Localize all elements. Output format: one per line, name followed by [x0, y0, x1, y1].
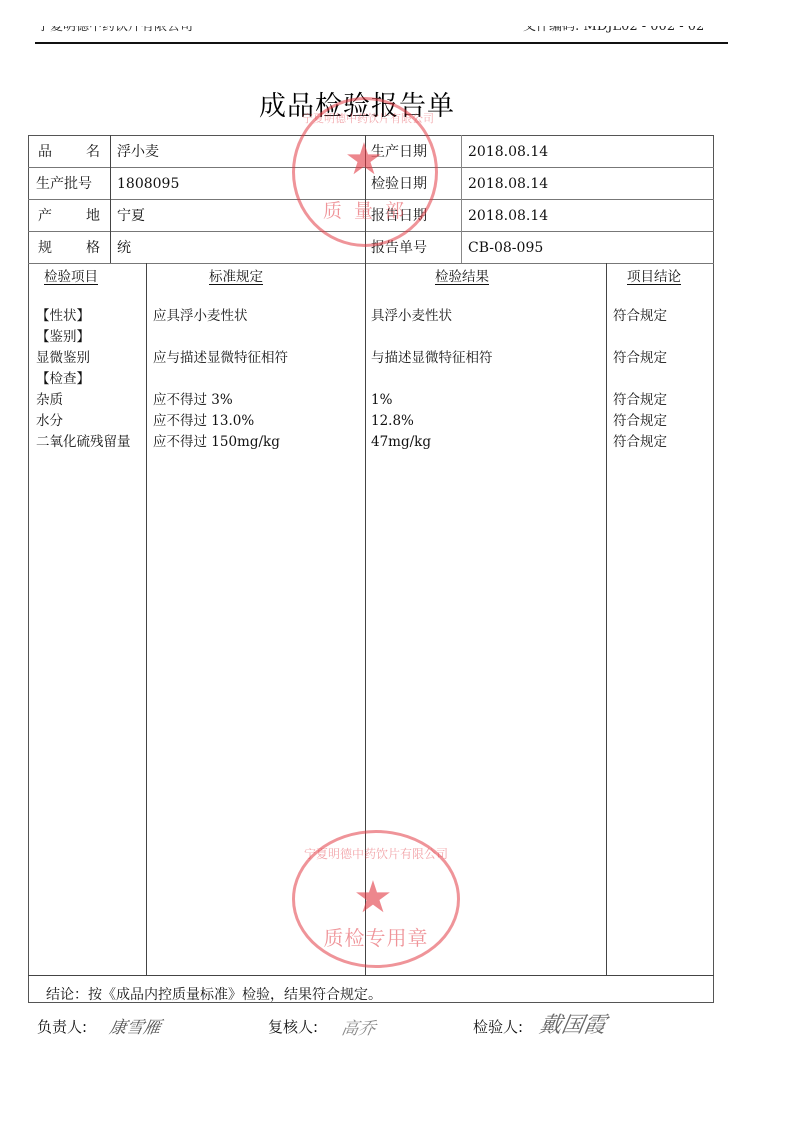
- label-char: 地: [86, 200, 100, 232]
- value-inspection-date: 2018.08.14: [468, 168, 548, 200]
- doc-code-header: 文件编码: MDJL02 - 002 - 02: [523, 26, 704, 40]
- cell-conclusion: 符合规定: [613, 306, 667, 326]
- label-char: 规: [38, 232, 52, 264]
- inspector-signature: 戴国霞: [537, 1008, 608, 1039]
- label-char: 格: [86, 232, 100, 264]
- value-specification: 统: [117, 232, 131, 264]
- cell-item: 【鉴别】: [36, 327, 90, 347]
- inspector-label: 检验人:: [473, 1016, 523, 1037]
- doc-code: 文件编码: MDJL02 - 002 - 02: [523, 26, 704, 34]
- cell-item: 杂质: [36, 390, 63, 410]
- cell-item: 显微鉴别: [36, 348, 90, 368]
- value-product-name: 浮小麦: [117, 136, 159, 168]
- label-specification: 规 格: [38, 232, 100, 264]
- cell-standard: 应不得过 3%: [153, 390, 233, 410]
- star-icon: ★: [348, 876, 398, 920]
- cell-item: 二氧化硫残留量: [36, 432, 131, 452]
- col-header-result: 检验结果: [435, 265, 489, 285]
- stamp-ring-text: 宁夏明德中药饮片有限公司: [302, 110, 428, 126]
- value-origin: 宁夏: [117, 200, 145, 232]
- label-char: 产: [38, 200, 52, 232]
- stamp-ring-text: 宁夏明德中药饮片有限公司: [300, 845, 452, 862]
- cell-item: 水分: [36, 411, 63, 431]
- label-char: 品: [38, 136, 52, 168]
- divider: [461, 135, 462, 263]
- responsible-label: 负责人:: [37, 1016, 87, 1037]
- value-report-number: CB-08-095: [468, 232, 543, 264]
- cell-result: 12.8%: [371, 411, 414, 431]
- cell-result: 1%: [371, 390, 392, 410]
- cell-item: 【检查】: [36, 369, 90, 389]
- cell-result: 具浮小麦性状: [371, 306, 452, 326]
- responsible-signature: 康雪雁: [108, 1013, 163, 1038]
- cell-item: 【性状】: [36, 306, 90, 326]
- cell-conclusion: 符合规定: [613, 390, 667, 410]
- header-rule: [35, 42, 728, 44]
- cell-conclusion: 符合规定: [613, 348, 667, 368]
- label-origin: 产 地: [38, 200, 100, 232]
- value-production-date: 2018.08.14: [468, 136, 548, 168]
- col-header-conclusion: 项目结论: [627, 265, 681, 285]
- company-header: 宁夏明德中药饮片有限公司: [37, 26, 193, 40]
- label-batch-number: 生产批号: [36, 168, 92, 200]
- cell-standard: 应不得过 13.0%: [153, 411, 254, 431]
- divider: [28, 975, 714, 976]
- value-report-date: 2018.08.14: [468, 200, 548, 232]
- reviewer-signature: 高乔: [340, 1014, 378, 1039]
- label-product-name: 品 名: [38, 136, 100, 168]
- cell-result: 与描述显微特征相符: [371, 348, 493, 368]
- cell-standard: 应不得过 150mg/kg: [153, 432, 280, 452]
- company-name: 宁夏明德中药饮片有限公司: [37, 26, 193, 34]
- cell-standard: 应具浮小麦性状: [153, 306, 248, 326]
- divider: [110, 135, 111, 263]
- reviewer-label: 复核人:: [268, 1016, 318, 1037]
- stamp-center-text: 质 量 部: [300, 196, 430, 223]
- label-char: 名: [86, 136, 100, 168]
- stamp-center-text: 质检专用章: [300, 922, 452, 951]
- star-icon: ★: [339, 138, 389, 182]
- cell-conclusion: 符合规定: [613, 411, 667, 431]
- value-batch-number: 1808095: [117, 168, 179, 200]
- col-header-standard: 标准规定: [209, 265, 263, 285]
- divider: [146, 263, 147, 975]
- conclusion-text: 结论：按《成品内控质量标准》检验，结果符合规定。: [46, 984, 382, 1004]
- col-header-item: 检验项目: [44, 265, 98, 285]
- cell-standard: 应与描述显微特征相符: [153, 348, 288, 368]
- label-report-number: 报告单号: [371, 232, 427, 264]
- cell-conclusion: 符合规定: [613, 432, 667, 452]
- divider: [606, 263, 607, 975]
- cell-result: 47mg/kg: [371, 432, 431, 452]
